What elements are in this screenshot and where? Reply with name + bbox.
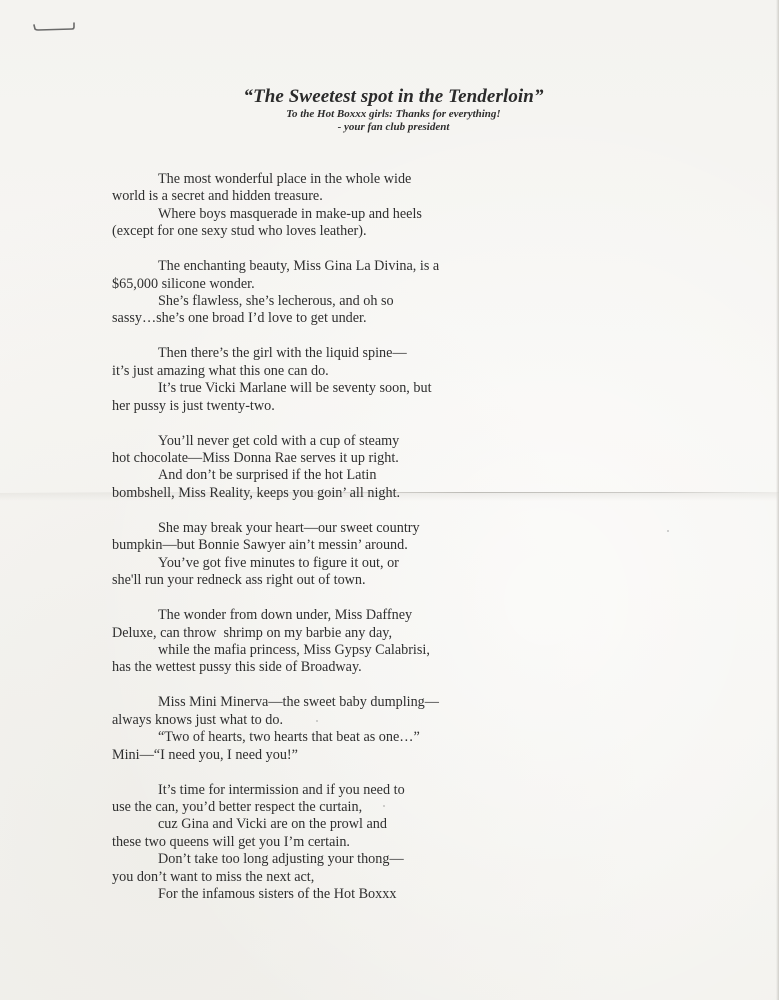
document-title: “The Sweetest spot in the Tenderloin”: [8, 86, 779, 108]
poem-line: it’s just amazing what this one can do.: [112, 363, 532, 380]
poem-line: bombshell, Miss Reality, keeps you goin’…: [112, 485, 532, 502]
poem-stanza: Miss Mini Minerva—the sweet baby dumplin…: [112, 694, 532, 764]
poem-line: Deluxe, can throw shrimp on my barbie an…: [112, 625, 532, 642]
paper-speck: [667, 530, 669, 532]
poem-line: She’s flawless, she’s lecherous, and oh …: [112, 293, 532, 310]
poem-stanza: You’ll never get cold with a cup of stea…: [112, 433, 532, 503]
poem-line: hot chocolate—Miss Donna Rae serves it u…: [112, 450, 532, 467]
signature-line: - your fan club president: [8, 121, 779, 134]
poem-line: these two queens will get you I’m certai…: [112, 834, 532, 851]
poem-line: Where boys masquerade in make-up and hee…: [112, 206, 532, 223]
poem-line: while the mafia princess, Miss Gypsy Cal…: [112, 642, 532, 659]
poem-stanza: Then there’s the girl with the liquid sp…: [112, 345, 532, 415]
poem-line: bumpkin—but Bonnie Sawyer ain’t messin’ …: [112, 537, 532, 554]
poem-stanza: The enchanting beauty, Miss Gina La Divi…: [112, 258, 532, 328]
poem-line: (except for one sexy stud who loves leat…: [112, 223, 532, 240]
poem-stanza: She may break your heart—our sweet count…: [112, 520, 532, 590]
poem-line: For the infamous sisters of the Hot Boxx…: [112, 886, 532, 903]
poem-line: Then there’s the girl with the liquid sp…: [112, 345, 532, 362]
poem-line: always knows just what to do.: [112, 712, 532, 729]
poem-line: You’ll never get cold with a cup of stea…: [112, 433, 532, 450]
poem-line: has the wettest pussy this side of Broad…: [112, 659, 532, 676]
poem-line: It’s true Vicki Marlane will be seventy …: [112, 380, 532, 397]
poem-line: The enchanting beauty, Miss Gina La Divi…: [112, 258, 532, 275]
poem-body: The most wonderful place in the whole wi…: [112, 171, 532, 921]
poem-line: use the can, you’d better respect the cu…: [112, 799, 532, 816]
dedication-line: To the Hot Boxxx girls: Thanks for every…: [8, 108, 779, 121]
poem-line: “Two of hearts, two hearts that beat as …: [112, 729, 532, 746]
poem-line: The most wonderful place in the whole wi…: [112, 171, 532, 188]
poem-line: It’s time for intermission and if you ne…: [112, 782, 532, 799]
poem-line: And don’t be surprised if the hot Latin: [112, 467, 532, 484]
poem-line: you don’t want to miss the next act,: [112, 869, 532, 886]
poem-line: Miss Mini Minerva—the sweet baby dumplin…: [112, 694, 532, 711]
poem-line: You’ve got five minutes to figure it out…: [112, 555, 532, 572]
poem-line: Mini—“I need you, I need you!”: [112, 747, 532, 764]
poem-stanza: It’s time for intermission and if you ne…: [112, 782, 532, 904]
poem-line: The wonder from down under, Miss Daffney: [112, 607, 532, 624]
poem-stanza: The wonder from down under, Miss Daffney…: [112, 607, 532, 677]
poem-line: she'll run your redneck ass right out of…: [112, 572, 532, 589]
poem-line: Don’t take too long adjusting your thong…: [112, 851, 532, 868]
poem-line: her pussy is just twenty-two.: [112, 398, 532, 415]
staple-mark-icon: [32, 22, 76, 30]
poem-line: She may break your heart—our sweet count…: [112, 520, 532, 537]
poem-stanza: The most wonderful place in the whole wi…: [112, 171, 532, 241]
poem-line: cuz Gina and Vicki are on the prowl and: [112, 816, 532, 833]
poem-line: $65,000 silicone wonder.: [112, 276, 532, 293]
document-header: “The Sweetest spot in the Tenderloin” To…: [0, 86, 779, 134]
poem-line: sassy…she’s one broad I’d love to get un…: [112, 310, 532, 327]
poem-line: world is a secret and hidden treasure.: [112, 188, 532, 205]
